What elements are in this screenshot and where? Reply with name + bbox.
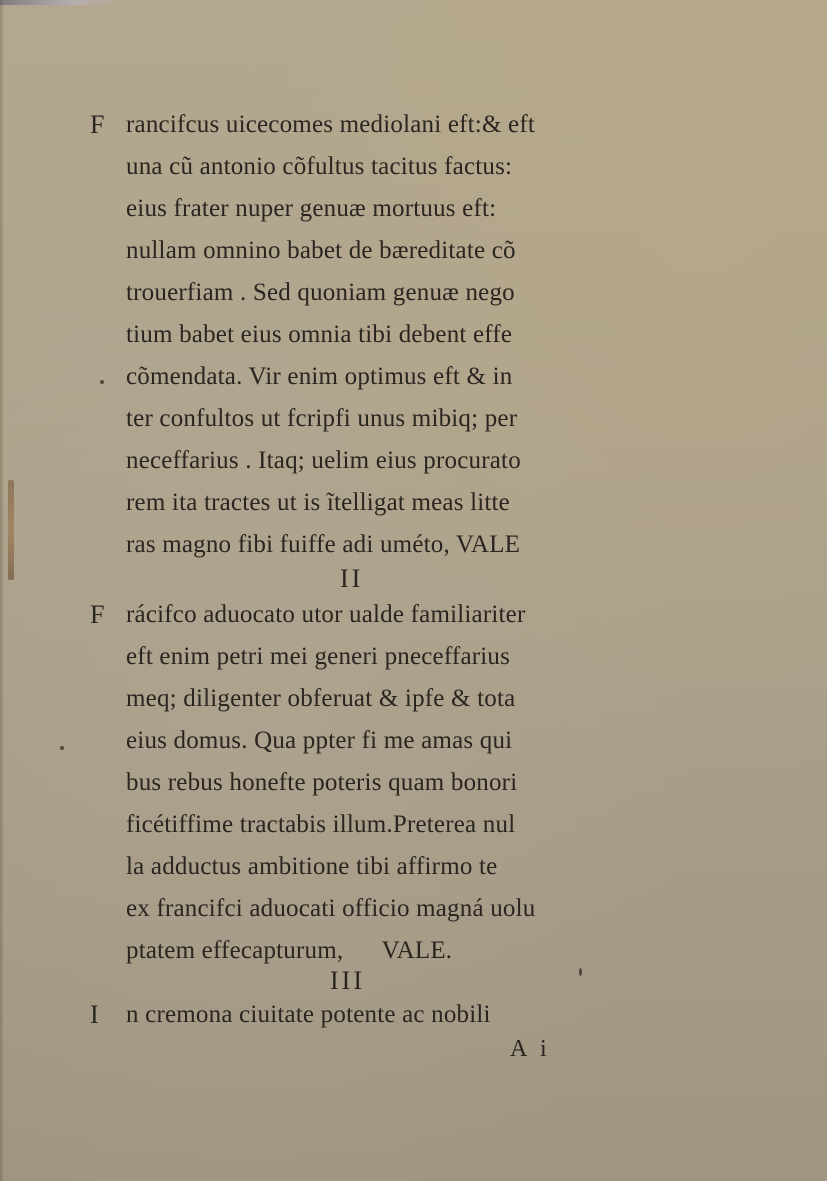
letter-numeral: II — [340, 564, 363, 594]
ink-speck — [60, 746, 64, 750]
text-line: rancifcus uicecomes mediolani eft:& eft — [126, 110, 535, 140]
ink-speck — [579, 968, 582, 976]
text-line: ex francifci aduocati officio magná uolu — [126, 894, 535, 924]
text-line: una cũ antonio cõfultus tacitus factus: — [126, 152, 512, 182]
initial-letter: I — [90, 1000, 99, 1030]
text-line: neceffarius . Itaq; uelim eius procurato — [126, 446, 521, 476]
text-line: ficétiffime tractabis illum.Preterea nul — [126, 810, 515, 840]
text-line: la adductus ambitione tibi affirmo te — [126, 852, 497, 882]
text-line: tium babet eius omnia tibi debent effe — [126, 320, 512, 350]
text-line: nullam omnino babet de bæreditate cõ — [126, 236, 516, 266]
text-line: ptatem effecapturum, VALE. — [126, 936, 452, 966]
text-line: rem ita tractes ut is ĩtelligat meas lit… — [126, 488, 510, 518]
text-line: rácifco aduocato utor ualde familiariter — [126, 600, 525, 630]
text-line: eius domus. Qua ppter fi me amas qui — [126, 726, 512, 756]
book-page-scan: F rancifcus uicecomes mediolani eft:& ef… — [0, 0, 827, 1181]
signature-mark: A i — [510, 1034, 551, 1064]
text-line: n cremona ciuitate potente ac nobili — [126, 1000, 491, 1030]
text-line: eft enim petri mei generi pneceffarius — [126, 642, 510, 672]
text-line: ras magno fibi fuiffe adi uméto, VALE — [126, 530, 520, 560]
text-line: bus rebus honefte poteris quam bonori — [126, 768, 517, 798]
text-line: eius frater nuper genuæ mortuus eft: — [126, 194, 496, 224]
text-line: ter confultos ut fcripfi unus mibiq; per — [126, 404, 517, 434]
binding-thread — [8, 480, 14, 580]
text-line: meq; diligenter obferuat & ipfe & tota — [126, 684, 515, 714]
page-left-edge — [0, 0, 4, 1181]
page-top-edge — [0, 0, 120, 5]
ink-speck — [100, 380, 104, 384]
text-line: trouerfiam . Sed quoniam genuæ nego — [126, 278, 515, 308]
initial-letter: F — [90, 600, 105, 630]
text-line: cõmendata. Vir enim optimus eft & in — [126, 362, 512, 392]
initial-letter: F — [90, 110, 105, 140]
letter-numeral: III — [330, 966, 365, 996]
